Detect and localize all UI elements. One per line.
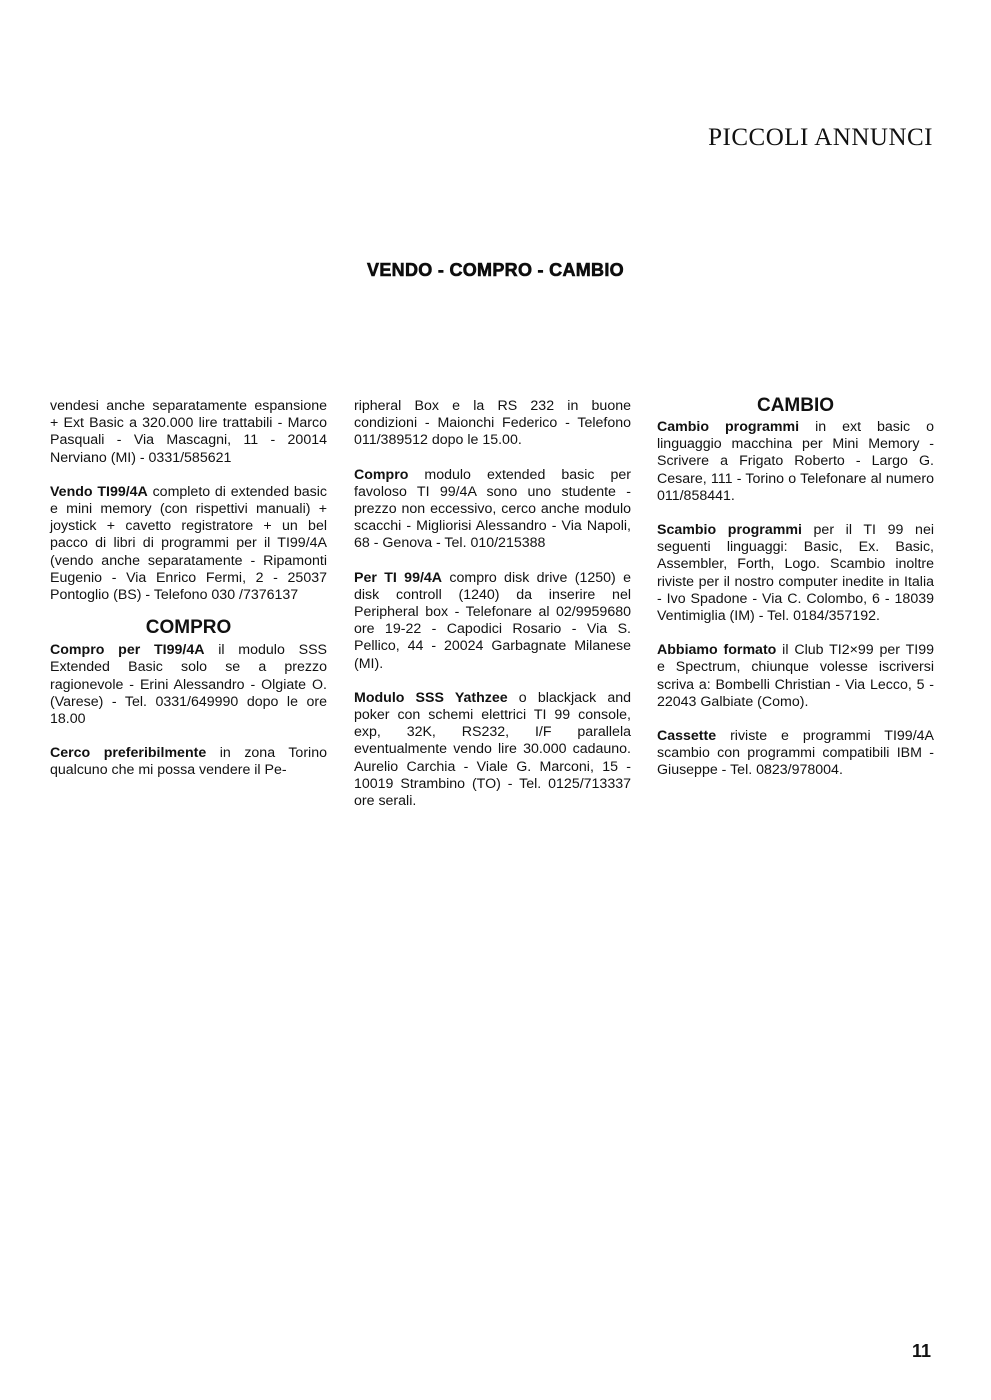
page-number: 11 <box>912 1341 931 1362</box>
ad-lead: Scambio programmi <box>657 522 802 538</box>
classified-ad: Abbiamo formato il Club TI2×99 per TI99 … <box>657 642 934 711</box>
column-3: CAMBIO Cambio programmi in ext basic o l… <box>657 398 934 797</box>
column-2: ripheral Box e la RS 232 in buone condiz… <box>354 398 631 827</box>
ad-body: o blackjack and poker con schemi elettri… <box>354 690 631 809</box>
ad-lead: Vendo TI99/4A <box>50 484 148 500</box>
ad-body: completo di extended basic e mini memory… <box>50 484 327 603</box>
ad-lead: Modulo SSS Yathzee <box>354 690 508 706</box>
column-1: vendesi anche separatamente espansione +… <box>50 398 327 797</box>
classified-ad: Vendo TI99/4A completo di extended basic… <box>50 484 327 604</box>
running-head: PICCOLI ANNUNCI <box>708 124 933 152</box>
ad-lead: Abbiamo formato <box>657 642 776 658</box>
classified-ad: Per TI 99/4A compro disk drive (1250) e … <box>354 570 631 673</box>
ad-lead: Compro <box>354 467 408 483</box>
classified-ad: Compro per TI99/4A il modulo SSS Extende… <box>50 642 327 728</box>
ad-lead: Cambio programmi <box>657 419 799 435</box>
classified-ad: Cambio programmi in ext basic o linguagg… <box>657 419 934 505</box>
ad-lead: Cassette <box>657 728 716 744</box>
classified-ad: vendesi anche separatamente espansione +… <box>50 398 327 467</box>
classified-ad: Cassette riviste e programmi TI99/4A sca… <box>657 728 934 780</box>
subhead-cambio: CAMBIO <box>657 396 934 416</box>
classified-ad: Cerco preferibilmente in zona Torino qua… <box>50 745 327 779</box>
classified-ad: Scambio programmi per il TI 99 nei segue… <box>657 522 934 625</box>
ad-body: ripheral Box e la RS 232 in buone condiz… <box>354 398 631 448</box>
section-title: VENDO - COMPRO - CAMBIO <box>0 260 991 281</box>
ad-lead: Per TI 99/4A <box>354 570 442 586</box>
classified-ad: Modulo SSS Yathzee o blackjack and poker… <box>354 690 631 810</box>
subhead-compro: COMPRO <box>50 618 327 638</box>
classified-ad: Compro modulo extended basic per favolos… <box>354 467 631 553</box>
ad-lead: Cerco preferibilmente <box>50 745 206 761</box>
ad-body: vendesi anche separatamente espansione +… <box>50 398 327 466</box>
ad-lead: Compro per TI99/4A <box>50 642 204 658</box>
classified-ad: ripheral Box e la RS 232 in buone condiz… <box>354 398 631 450</box>
